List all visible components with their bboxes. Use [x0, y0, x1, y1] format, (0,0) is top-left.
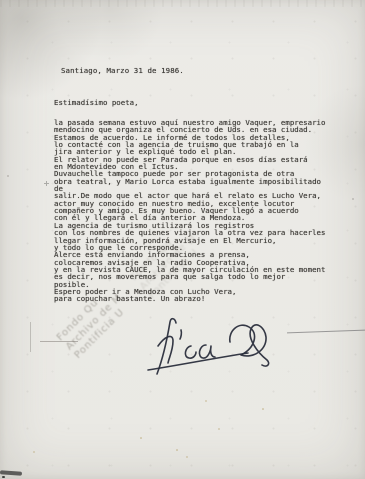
typewritten-text-layer: Santiago, Marzo 31 de 1986. Estimadísimo…: [0, 0, 365, 479]
paper-speck: [262, 408, 264, 410]
letter-body: la pasada semana estuvo aquí nuestro ami…: [54, 119, 325, 303]
paper-speck: [218, 428, 220, 430]
greeting: Estimadísimo poeta,: [54, 98, 139, 107]
paper-speck: [7, 175, 9, 177]
margin-cross-mark: [44, 181, 49, 186]
body-line: es decir, nos moveremos para que salga t…: [54, 273, 325, 280]
crease-line-left: [40, 341, 78, 342]
scanned-letter-page: Fondo Qu Archivo de M Pontificia U Fondo…: [0, 0, 365, 479]
paper-speck: [352, 198, 354, 200]
paper-speck: [140, 437, 142, 439]
paper-speck: [205, 400, 207, 402]
paper-speck: [176, 449, 178, 451]
body-line: obra teatral, y Mario Lorca estaba igual…: [54, 178, 325, 185]
date-line: Santiago, Marzo 31 de 1986.: [61, 66, 184, 75]
fold-mark: [30, 322, 31, 352]
paper-speck: [33, 451, 35, 453]
paper-speck: [186, 456, 188, 458]
corner-speck: [2, 476, 5, 478]
signature-handwriting: [145, 312, 295, 397]
body-line: para copuchar bastante. Un abrazo!: [54, 295, 325, 302]
